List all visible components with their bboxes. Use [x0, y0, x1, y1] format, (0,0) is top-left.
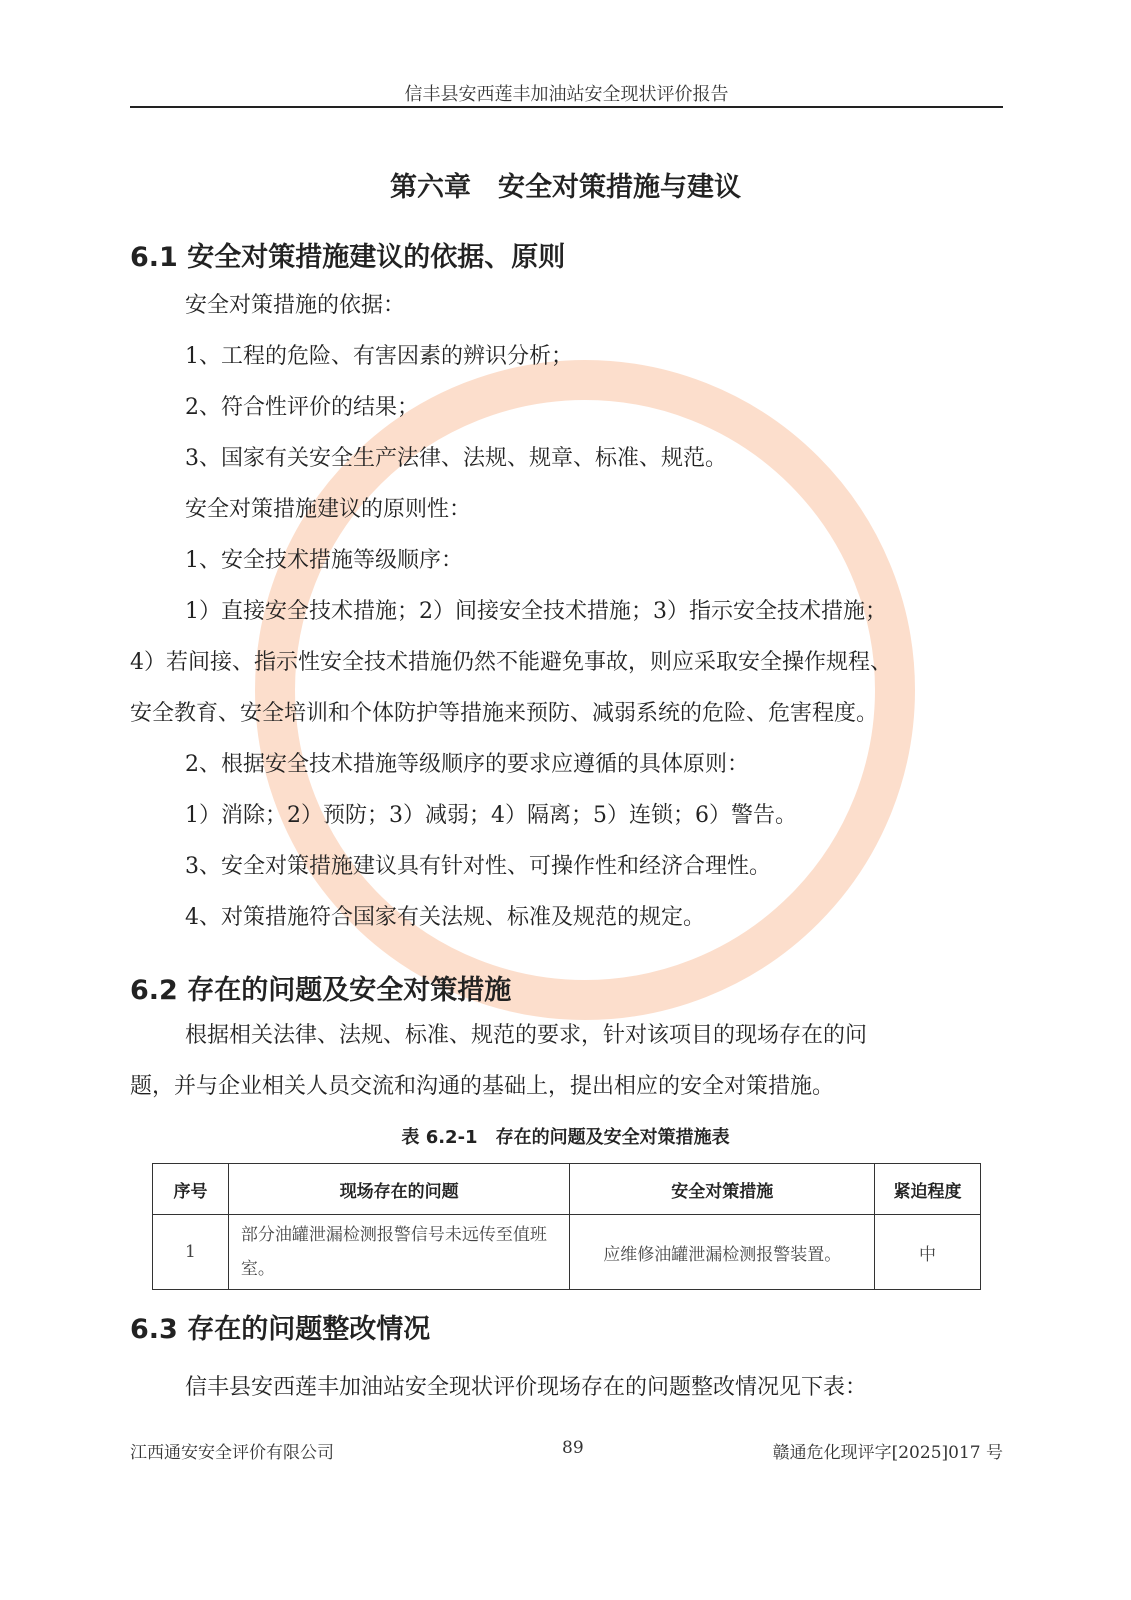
text-line: 2、符合性评价的结果； [130, 382, 1003, 433]
text-line: 3、国家有关安全生产法律、法规、规章、标准、规范。 [130, 433, 1003, 484]
text-line: 1）消除；2）预防；3）减弱；4）隔离；5）连锁；6）警告。 [130, 790, 1003, 841]
text-line: 安全对策措施的依据： [130, 280, 1003, 331]
col-header-index: 序号 [153, 1164, 229, 1215]
section-6-3-body: 信丰县安西莲丰加油站安全现状评价现场存在的问题整改情况见下表： [130, 1362, 1003, 1413]
cell-issue: 部分油罐泄漏检测报警信号未远传至值班室。 [228, 1215, 570, 1290]
col-header-issue: 现场存在的问题 [228, 1164, 570, 1215]
text-line: 根据相关法律、法规、标准、规范的要求，针对该项目的现场存在的问 [130, 1010, 1003, 1061]
section-heading-6-2: 6.2 存在的问题及安全对策措施 [130, 968, 511, 1007]
table-caption: 表 6.2-1 存在的问题及安全对策措施表 [0, 1123, 1131, 1149]
text-line: 3、安全对策措施建议具有针对性、可操作性和经济合理性。 [130, 841, 1003, 892]
cell-index: 1 [153, 1215, 229, 1290]
table-row: 1 部分油罐泄漏检测报警信号未远传至值班室。 应维修油罐泄漏检测报警装置。 中 [153, 1215, 981, 1290]
page-number: 89 [562, 1438, 584, 1458]
text-line: 1、安全技术措施等级顺序： [130, 535, 1003, 586]
section-heading-6-1: 6.1 安全对策措施建议的依据、原则 [130, 235, 565, 274]
text-line: 安全教育、安全培训和个体防护等措施来预防、减弱系统的危险、危害程度。 [130, 688, 1003, 739]
text-line: 安全对策措施建议的原则性： [130, 484, 1003, 535]
section-heading-6-3: 6.3 存在的问题整改情况 [130, 1307, 430, 1346]
text-line: 4、对策措施符合国家有关法规、标准及规范的规定。 [130, 892, 1003, 943]
footer-company: 江西通安安全评价有限公司 [130, 1438, 334, 1463]
text-line: 题，并与企业相关人员交流和沟通的基础上，提出相应的安全对策措施。 [130, 1061, 1003, 1112]
text-line: 1）直接安全技术措施；2）间接安全技术措施；3）指示安全技术措施； [130, 586, 1003, 637]
section-6-2-body: 根据相关法律、法规、标准、规范的要求，针对该项目的现场存在的问 题，并与企业相关… [130, 1010, 1003, 1112]
header-divider [130, 106, 1003, 108]
cell-urgency: 中 [875, 1215, 981, 1290]
cell-measure: 应维修油罐泄漏检测报警装置。 [570, 1215, 875, 1290]
issues-table: 序号 现场存在的问题 安全对策措施 紧迫程度 1 部分油罐泄漏检测报警信号未远传… [152, 1163, 981, 1290]
text-line: 1、工程的危险、有害因素的辨识分析； [130, 331, 1003, 382]
col-header-measure: 安全对策措施 [570, 1164, 875, 1215]
text-line: 4）若间接、指示性安全技术措施仍然不能避免事故，则应采取安全操作规程、 [130, 637, 1003, 688]
table-header-row: 序号 现场存在的问题 安全对策措施 紧迫程度 [153, 1164, 981, 1215]
text-line: 信丰县安西莲丰加油站安全现状评价现场存在的问题整改情况见下表： [130, 1362, 1003, 1413]
running-header: 信丰县安西莲丰加油站安全现状评价报告 [130, 80, 1003, 106]
section-6-1-body: 安全对策措施的依据： 1、工程的危险、有害因素的辨识分析； 2、符合性评价的结果… [130, 280, 1003, 943]
col-header-urgency: 紧迫程度 [875, 1164, 981, 1215]
footer-doc-number: 赣通危化现评字[2025]017 号 [773, 1438, 1003, 1463]
text-line: 2、根据安全技术措施等级顺序的要求应遵循的具体原则： [130, 739, 1003, 790]
chapter-title: 第六章 安全对策措施与建议 [0, 165, 1131, 204]
